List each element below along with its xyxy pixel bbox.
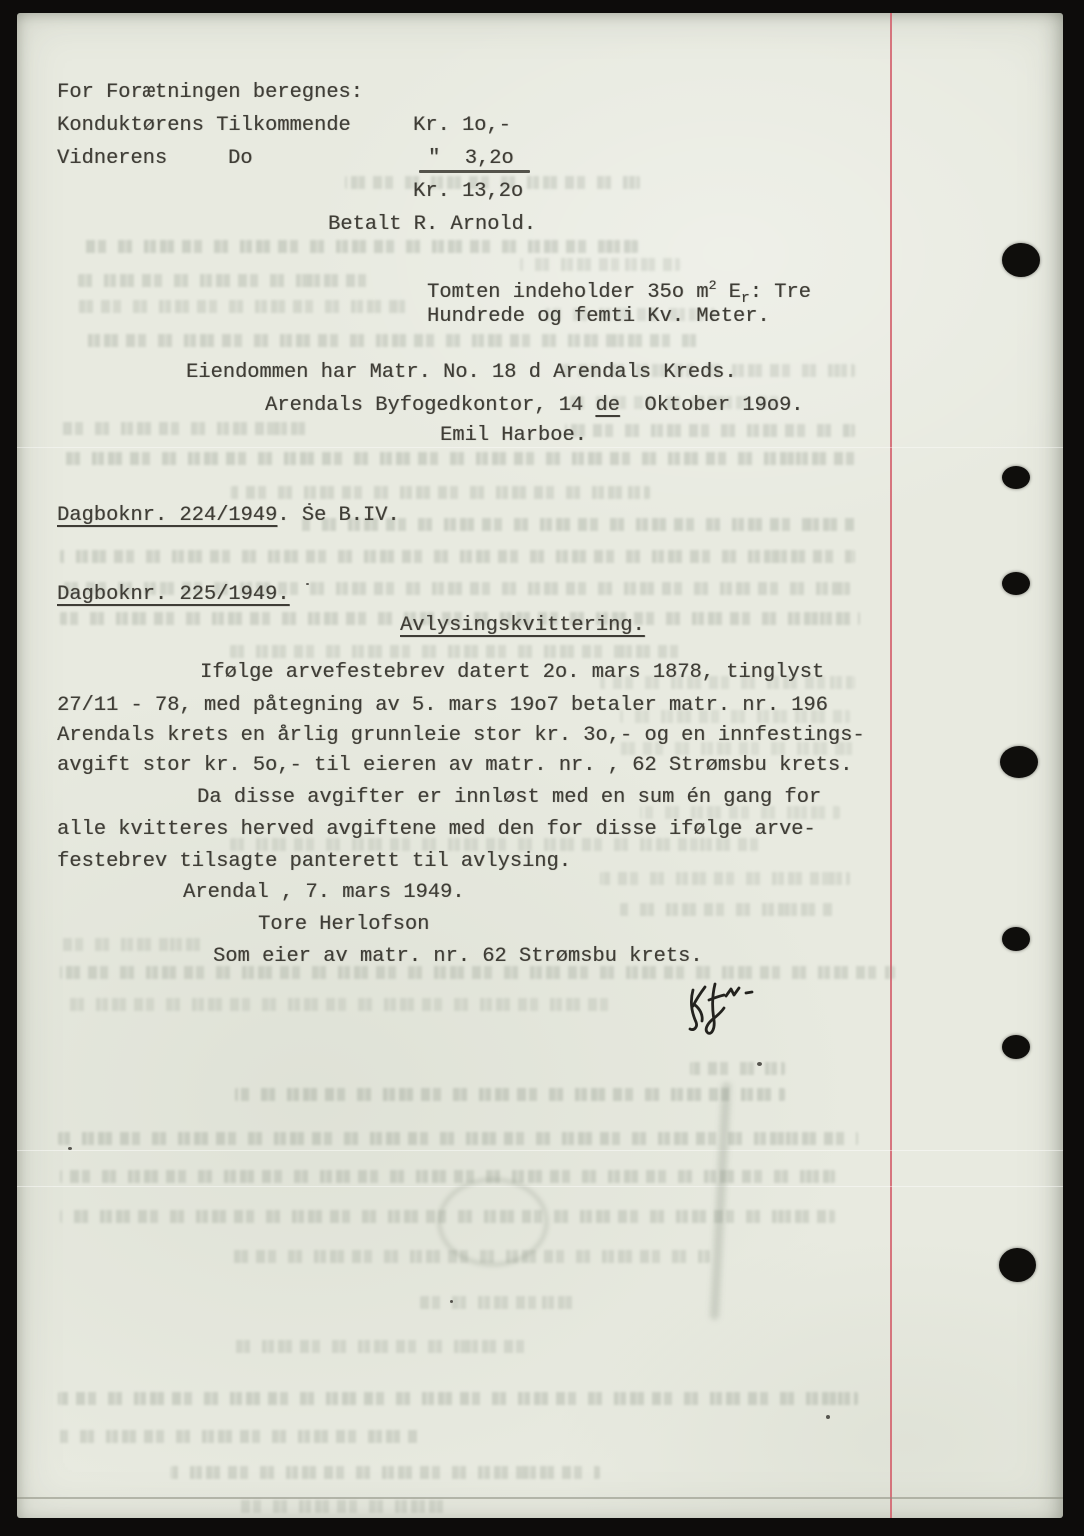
punch-hole — [1002, 243, 1040, 277]
bleedthrough-line — [600, 872, 850, 885]
punch-hole — [1002, 466, 1030, 489]
ink-speck — [306, 583, 309, 585]
signature-emil-harboe: Emil Harboe. — [440, 419, 587, 452]
fee-row1-label: Konduktørens Tilkommende — [57, 109, 351, 142]
entry-225-heading: Avlysingskvittering. — [400, 609, 645, 642]
entry-225-number: Dagboknr. 225/1949. — [57, 583, 290, 606]
handwritten-initials — [678, 978, 760, 1044]
paper-crease — [17, 1186, 1063, 1187]
paragraph-line: festebrev tilsagte panterett til avlysin… — [57, 845, 571, 878]
sum-rule — [419, 170, 530, 173]
bleedthrough-line — [60, 998, 610, 1011]
bleedthrough-line — [230, 486, 650, 499]
ink-speck — [826, 1415, 830, 1419]
bleedthrough-line — [58, 1132, 858, 1145]
bleedthrough-line — [420, 1296, 580, 1309]
punch-hole — [1002, 927, 1030, 951]
scanned-document-page: For Forætningen beregnes: Konduktørens T… — [0, 0, 1084, 1536]
paragraph-line: avgift stor kr. 5o,- til eieren av matr.… — [57, 749, 852, 782]
paper-crease — [17, 1150, 1063, 1151]
ink-speck — [68, 1147, 72, 1150]
entry-224-number: Dagboknr. 224/1949 — [57, 504, 277, 527]
paragraph-line: Ifølge arvefestebrev datert 2o. mars 187… — [200, 656, 824, 689]
bleedthrough-line — [78, 300, 408, 313]
bleedthrough-line — [60, 938, 205, 951]
ink-speck — [450, 1300, 453, 1303]
margin-line — [890, 13, 892, 1518]
underlying-page-edge — [17, 1497, 1063, 1499]
bleedthrough-line — [80, 334, 700, 347]
fee-paid-note: Betalt R. Arnold. — [328, 208, 536, 241]
fee-total: Kr. 13,2o — [413, 175, 523, 208]
underlined-de: de — [595, 394, 619, 417]
bleedthrough-line — [58, 1430, 418, 1443]
bleedthrough-line — [58, 1392, 858, 1405]
dateline-arendal: Arendal , 7. mars 1949. — [183, 876, 464, 909]
byfoged-text: Arendals Byfogedkontor, 14 — [265, 394, 595, 417]
signer-role: Som eier av matr. nr. 62 Strømsbu krets. — [213, 940, 702, 973]
paragraph-line: alle kvitteres herved avgiftene med den … — [57, 813, 816, 846]
bleedthrough-line — [60, 422, 310, 435]
paragraph-line: Da disse avgifter er innløst med en sum … — [197, 781, 821, 814]
bleedthrough-line — [78, 240, 638, 253]
bleedthrough-line — [620, 903, 835, 916]
punch-hole — [1002, 572, 1030, 595]
byfoged-text: Oktober 19o9. — [620, 394, 804, 417]
fee-heading: For Forætningen beregnes: — [57, 76, 363, 109]
bleedthrough-line — [78, 274, 378, 287]
punch-hole — [1002, 1035, 1030, 1059]
bleedthrough-line — [170, 1466, 600, 1479]
stamp-ghost — [438, 1178, 548, 1266]
bleedthrough-line — [235, 1088, 785, 1101]
fee-row2-label: Vidnerens — [57, 142, 167, 175]
paragraph-line: 27/11 - 78, med påtegning av 5. mars 19o… — [57, 689, 828, 722]
bleedthrough-line — [60, 550, 855, 563]
entry-224-reference: . Se B.IV. — [277, 504, 399, 527]
bleedthrough-line — [690, 1062, 785, 1075]
punch-hole — [999, 1248, 1036, 1282]
bleedthrough-line — [565, 424, 855, 437]
signer-name: Tore Herlofson — [258, 908, 429, 941]
byfoged-dateline: Arendals Byfogedkontor, 14 de Oktober 19… — [265, 389, 803, 422]
entry-225-line: Dagboknr. 225/1949. — [57, 578, 290, 611]
bleedthrough-line — [235, 1500, 445, 1513]
bleedthrough-line — [60, 452, 860, 465]
bleedthrough-line — [230, 1340, 530, 1353]
punch-hole — [1000, 746, 1038, 778]
plot-size-words: Hundrede og femti Kv. Meter. — [427, 300, 770, 333]
paragraph-line: Arendals krets en årlig grunnleie stor k… — [57, 719, 865, 752]
ink-speck — [757, 1062, 762, 1066]
entry-224-line: Dagboknr. 224/1949. Se B.IV. — [57, 499, 400, 532]
fee-row2-ditto: Do — [228, 142, 252, 175]
property-matr-line: Eiendommen har Matr. No. 18 d Arendals K… — [186, 356, 737, 389]
fee-row1-value: Kr. 1o,- — [413, 109, 511, 142]
